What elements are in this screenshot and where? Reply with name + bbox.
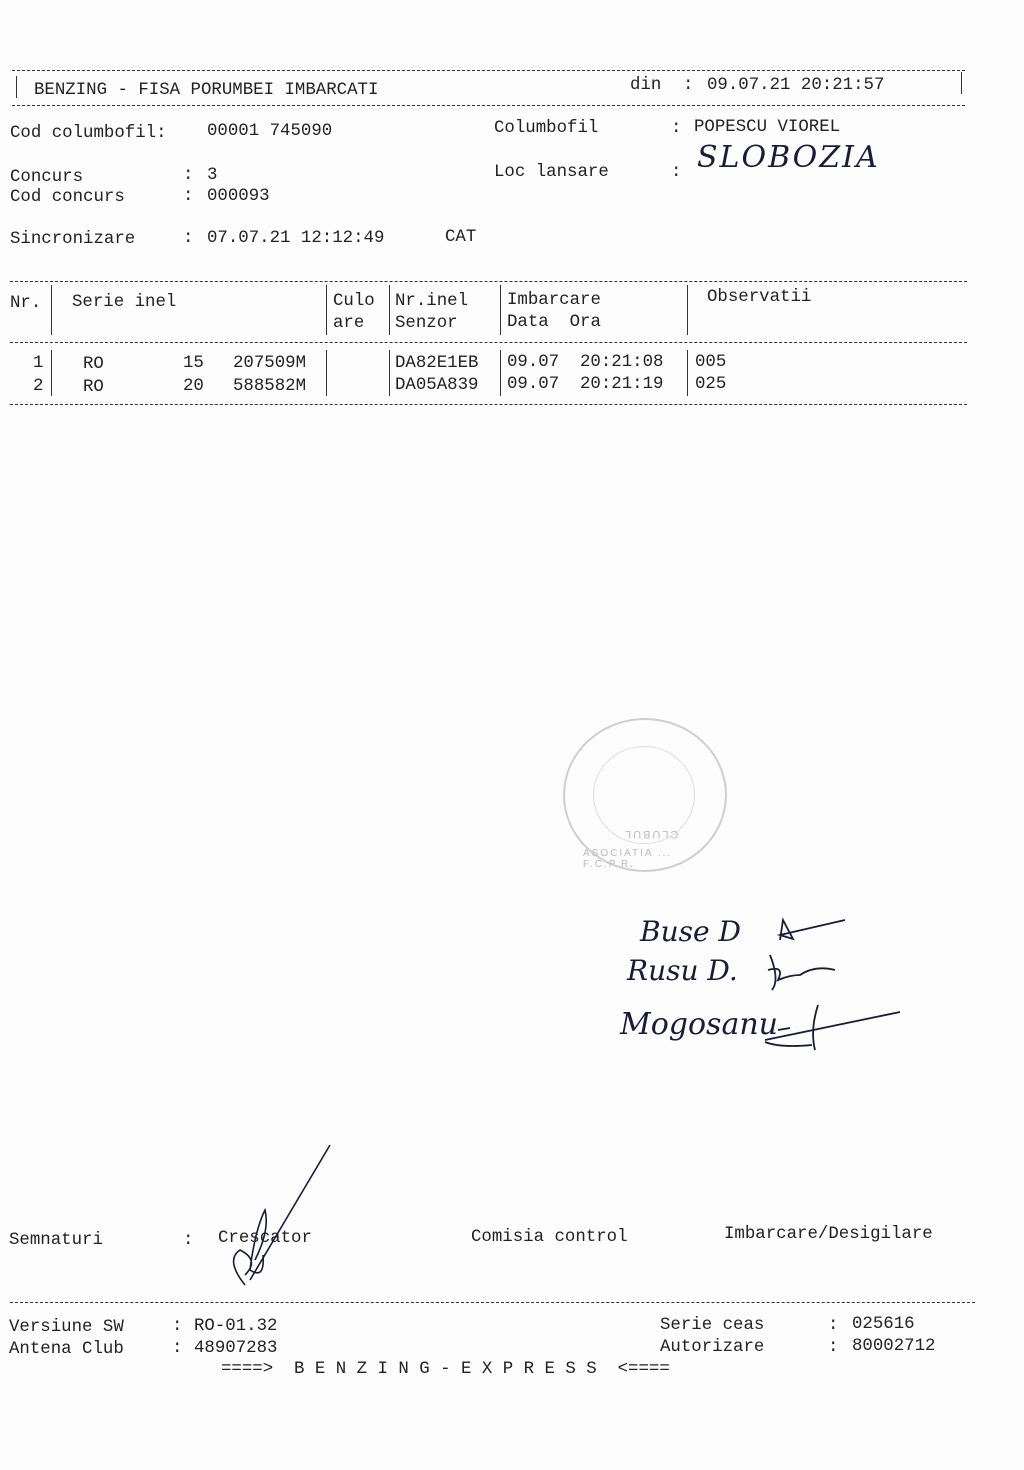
- row-ring: 588582M: [233, 378, 306, 395]
- sincronizare-value: 07.07.21 12:12:49: [207, 230, 384, 247]
- row-year: 20: [183, 378, 204, 395]
- col-divider: [389, 285, 390, 335]
- handwritten-signature-3: Mogosanu: [620, 1010, 778, 1040]
- club-stamp: CLUBUL ASOCIATIA ... F.C.P.R.: [563, 718, 727, 872]
- col-divider: [687, 350, 688, 396]
- serie-ceas-value: 025616: [852, 1316, 915, 1333]
- cod-columbofil-value: 00001 745090: [207, 123, 332, 140]
- loc-lansare-value: SLOBOZIA: [697, 143, 880, 173]
- header-imbarcare-2: Data Ora: [507, 314, 601, 331]
- versiune-sw-value: RO-01.32: [194, 1318, 278, 1335]
- row-nr: 1: [33, 355, 43, 372]
- concurs-colon: :: [183, 167, 193, 184]
- row-country: RO: [83, 379, 104, 396]
- footer-rule: [10, 1302, 975, 1303]
- crescator-signature: [215, 1140, 335, 1290]
- handwritten-signature-2: Rusu D.: [627, 957, 738, 985]
- signature-scribble-2: [760, 950, 840, 1000]
- header-observatii: Observatii: [707, 289, 811, 306]
- sincronizare-label: Sincronizare: [10, 231, 135, 248]
- brand-line: ====> B E N Z I N G - E X P R E S S <===…: [221, 1361, 670, 1378]
- antena-club-label: Antena Club: [9, 1341, 124, 1358]
- table-bottom-rule: [10, 404, 967, 405]
- header-right-bar: [961, 72, 962, 94]
- header-din-colon: :: [683, 77, 693, 94]
- row-country: RO: [83, 356, 104, 373]
- cod-concurs-label: Cod concurs: [10, 189, 125, 206]
- table-header-rule: [10, 342, 967, 343]
- header-serie-inel: Serie inel: [72, 294, 176, 311]
- columbofil-colon: :: [671, 120, 681, 137]
- header-din-label: din: [630, 77, 661, 94]
- loc-lansare-label: Loc lansare: [494, 164, 609, 181]
- col-divider: [687, 285, 688, 335]
- col-divider: [389, 350, 390, 396]
- col-divider: [51, 350, 52, 396]
- row-ora: 20:21:08: [580, 354, 664, 371]
- row-senzor: DA05A839: [395, 377, 479, 394]
- col-divider: [326, 285, 327, 335]
- columbofil-value: POPESCU VIOREL: [694, 119, 840, 136]
- header-culoare-1: Culo: [333, 293, 375, 310]
- header-culoare-2: are: [333, 315, 364, 332]
- header-imbarcare-1: Imbarcare: [507, 292, 601, 309]
- header-top-rule: [12, 70, 965, 71]
- loc-lansare-colon: :: [671, 164, 681, 181]
- signature-scribble-1: [775, 915, 855, 945]
- handwritten-signature-1: Buse D: [640, 918, 741, 946]
- row-year: 15: [183, 355, 204, 372]
- cod-concurs-colon: :: [183, 188, 193, 205]
- concurs-value: 3: [207, 167, 217, 184]
- header-nr-inel-2: Senzor: [395, 315, 458, 332]
- sincronizare-zone: CAT: [445, 229, 476, 246]
- row-senzor: DA82E1EB: [395, 355, 479, 372]
- imbarcare-desigilare-label: Imbarcare/Desigilare: [724, 1226, 933, 1243]
- antena-club-value: 48907283: [194, 1340, 278, 1357]
- stamp-inner-text: CLUBUL: [623, 828, 678, 840]
- col-divider: [500, 350, 501, 396]
- table-top-rule: [10, 281, 967, 282]
- comisia-control-label: Comisia control: [471, 1229, 628, 1246]
- concurs-label: Concurs: [10, 169, 83, 186]
- header-left-bar: [16, 76, 17, 98]
- row-data: 09.07: [507, 376, 559, 393]
- semnaturi-colon: :: [183, 1232, 193, 1249]
- stamp-outer-text: ASOCIATIA ... F.C.P.R.: [583, 848, 725, 870]
- autorizare-label: Autorizare: [660, 1339, 764, 1356]
- serie-ceas-label: Serie ceas: [660, 1317, 764, 1334]
- serie-ceas-colon: :: [828, 1317, 838, 1334]
- cod-concurs-value: 000093: [207, 188, 270, 205]
- row-ora: 20:21:19: [580, 376, 664, 393]
- row-obs: 005: [695, 354, 726, 371]
- sincronizare-colon: :: [183, 230, 193, 247]
- autorizare-value: 80002712: [852, 1338, 936, 1355]
- cod-columbofil-label: Cod columbofil:: [10, 125, 167, 142]
- col-divider: [500, 285, 501, 335]
- row-ring: 207509M: [233, 355, 306, 372]
- header-din-value: 09.07.21 20:21:57: [707, 77, 884, 94]
- row-nr: 2: [33, 378, 43, 395]
- autorizare-colon: :: [828, 1339, 838, 1356]
- header-bottom-rule: [12, 105, 965, 106]
- semnaturi-label: Semnaturi: [9, 1232, 103, 1249]
- signature-scribble-3: [760, 1000, 910, 1055]
- row-obs: 025: [695, 376, 726, 393]
- col-divider: [326, 350, 327, 396]
- col-divider: [51, 285, 52, 335]
- versiune-sw-colon: :: [172, 1318, 182, 1335]
- document-title: BENZING - FISA PORUMBEI IMBARCATI: [34, 82, 378, 99]
- antena-club-colon: :: [172, 1340, 182, 1357]
- columbofil-label: Columbofil: [494, 120, 598, 137]
- row-data: 09.07: [507, 354, 559, 371]
- header-nr: Nr.: [10, 295, 41, 312]
- versiune-sw-label: Versiune SW: [9, 1319, 124, 1336]
- header-nr-inel-1: Nr.inel: [395, 293, 468, 310]
